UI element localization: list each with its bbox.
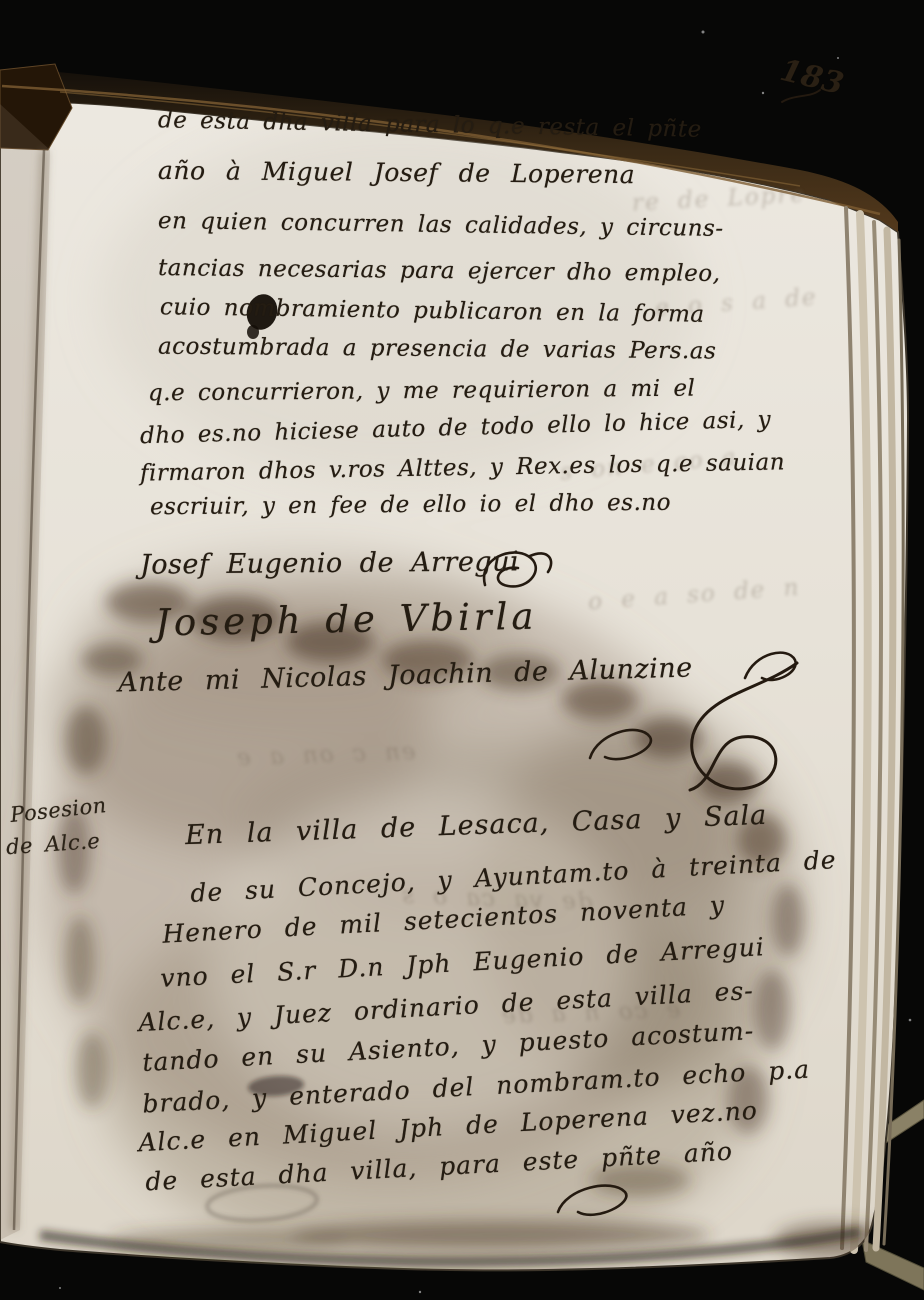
- manuscript-line: q.e concurrieron, y me requirieron a mi …: [148, 376, 696, 407]
- signature-arregui: Josef Eugenio de Arregui: [140, 546, 519, 580]
- signature-ubirla: Joseph de Vbirla: [155, 595, 538, 645]
- manuscript-photo: re de Lopre e o s a de s on e co a o e a…: [0, 0, 924, 1300]
- manuscript-line: escriuir, y en fee de ello io el dho es.…: [150, 490, 671, 521]
- manuscript-line: año à Miguel Josef de Loperena: [158, 156, 635, 189]
- manuscript-line: acostumbrada a presencia de varias Pers.…: [158, 334, 717, 365]
